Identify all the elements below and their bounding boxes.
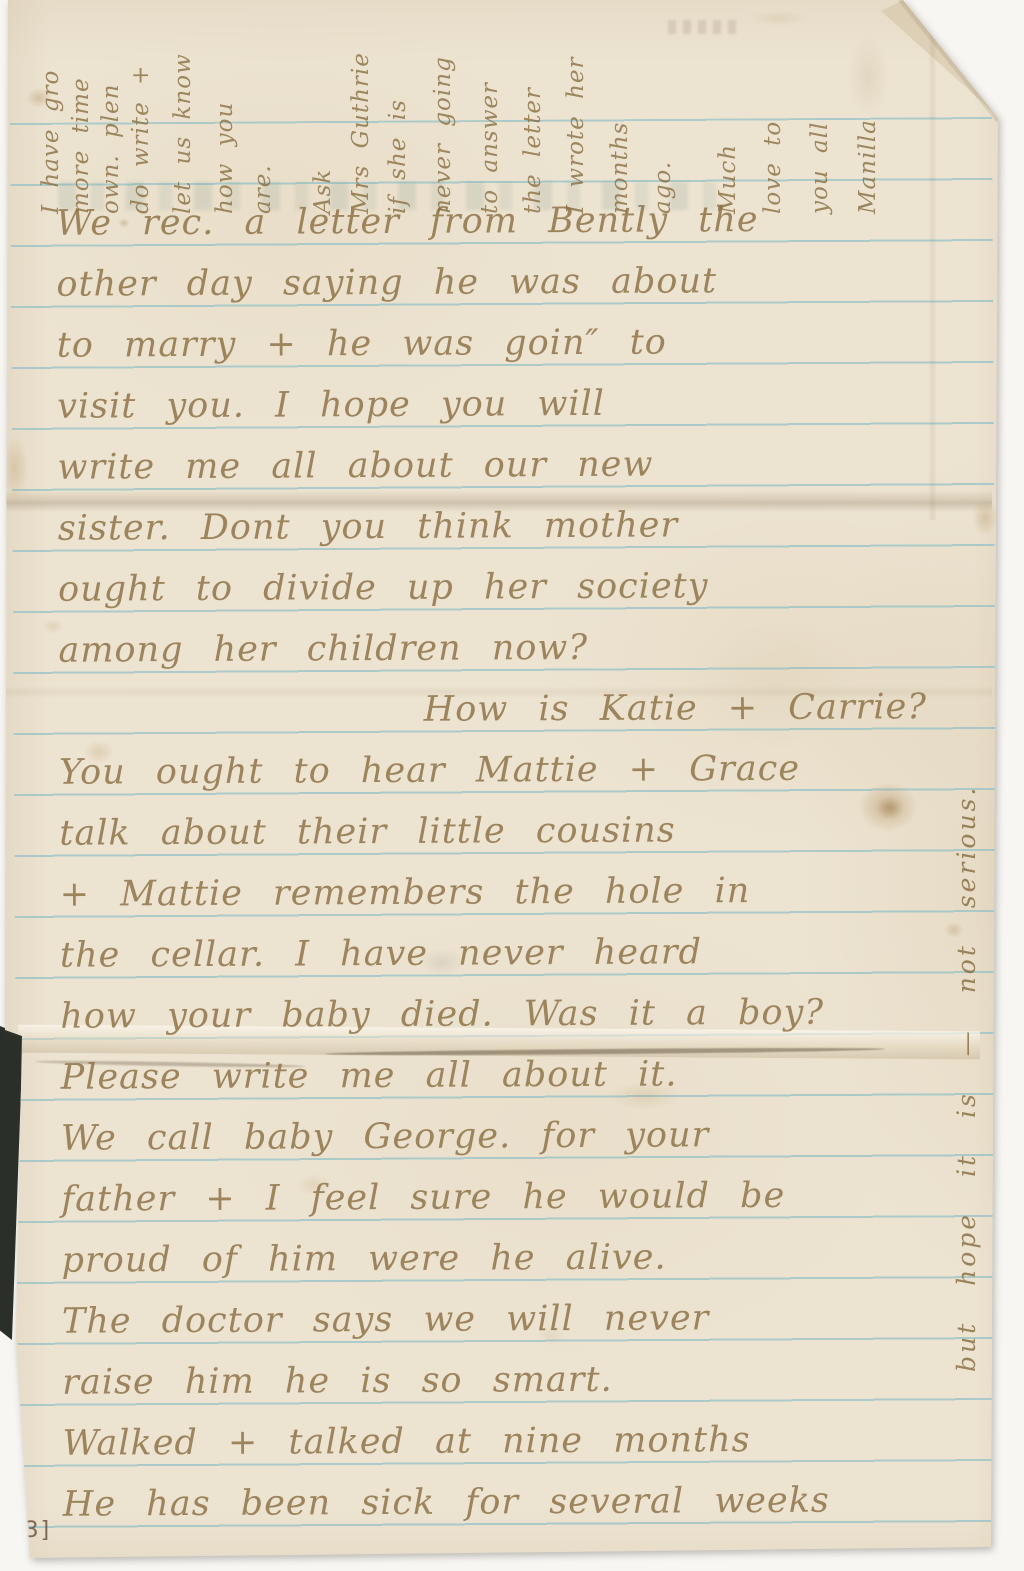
- letter-line-12: + Mattie remembers the hole in: [60, 871, 751, 915]
- letter-line-22: He has been sick for several weeks: [63, 1481, 830, 1525]
- letter-line-8: among her children now?: [58, 628, 588, 671]
- letter-line-10: You ought to hear Mattie + Grace: [59, 749, 800, 793]
- letter-line-19: The doctor says we will never: [62, 1298, 710, 1341]
- letter-body: We rec. a letter from Bently theother da…: [0, 0, 1024, 1571]
- letter-line-15: Please write me all about it.: [61, 1054, 678, 1097]
- letter-line-14: how your baby died. Was it a boy?: [60, 993, 824, 1037]
- paper-shadow-wrap: I have gromore timeown. plendo write +le…: [0, 0, 1024, 1571]
- letter-line-21: Walked + talked at nine months: [62, 1420, 750, 1464]
- margin-note: but hope it is — not serious.: [952, 785, 981, 1372]
- page-number: [3]: [14, 1518, 51, 1543]
- scanned-letter-page: I have gromore timeown. plendo write +le…: [0, 0, 1024, 1571]
- letter-line-20: raise him he is so smart.: [62, 1360, 613, 1403]
- letter-line-9: How is Katie + Carrie?: [424, 687, 928, 730]
- letter-line-11: talk about their little cousins: [59, 810, 676, 853]
- letter-line-7: ought to divide up her society: [58, 566, 709, 609]
- letter-line-13: the cellar. I have never heard: [60, 932, 702, 975]
- letter-line-6: sister. Dont you think mother: [58, 505, 679, 548]
- letter-line-3: to marry + he was goin″ to: [57, 323, 667, 366]
- letter-line-4: visit you. I hope you will: [57, 384, 605, 427]
- letter-line-18: proud of him were he alive.: [61, 1238, 666, 1281]
- letter-line-1: We rec. a letter from Bently the: [56, 200, 759, 244]
- letter-line-5: write me all about our new: [57, 445, 653, 488]
- letter-line-2: other day saying he was about: [56, 261, 717, 304]
- letter-line-16: We call baby George. for your: [61, 1115, 710, 1158]
- letter-line-17: father + I feel sure he would be: [61, 1176, 785, 1220]
- letter-paper: I have gromore timeown. plendo write +le…: [0, 0, 1024, 1571]
